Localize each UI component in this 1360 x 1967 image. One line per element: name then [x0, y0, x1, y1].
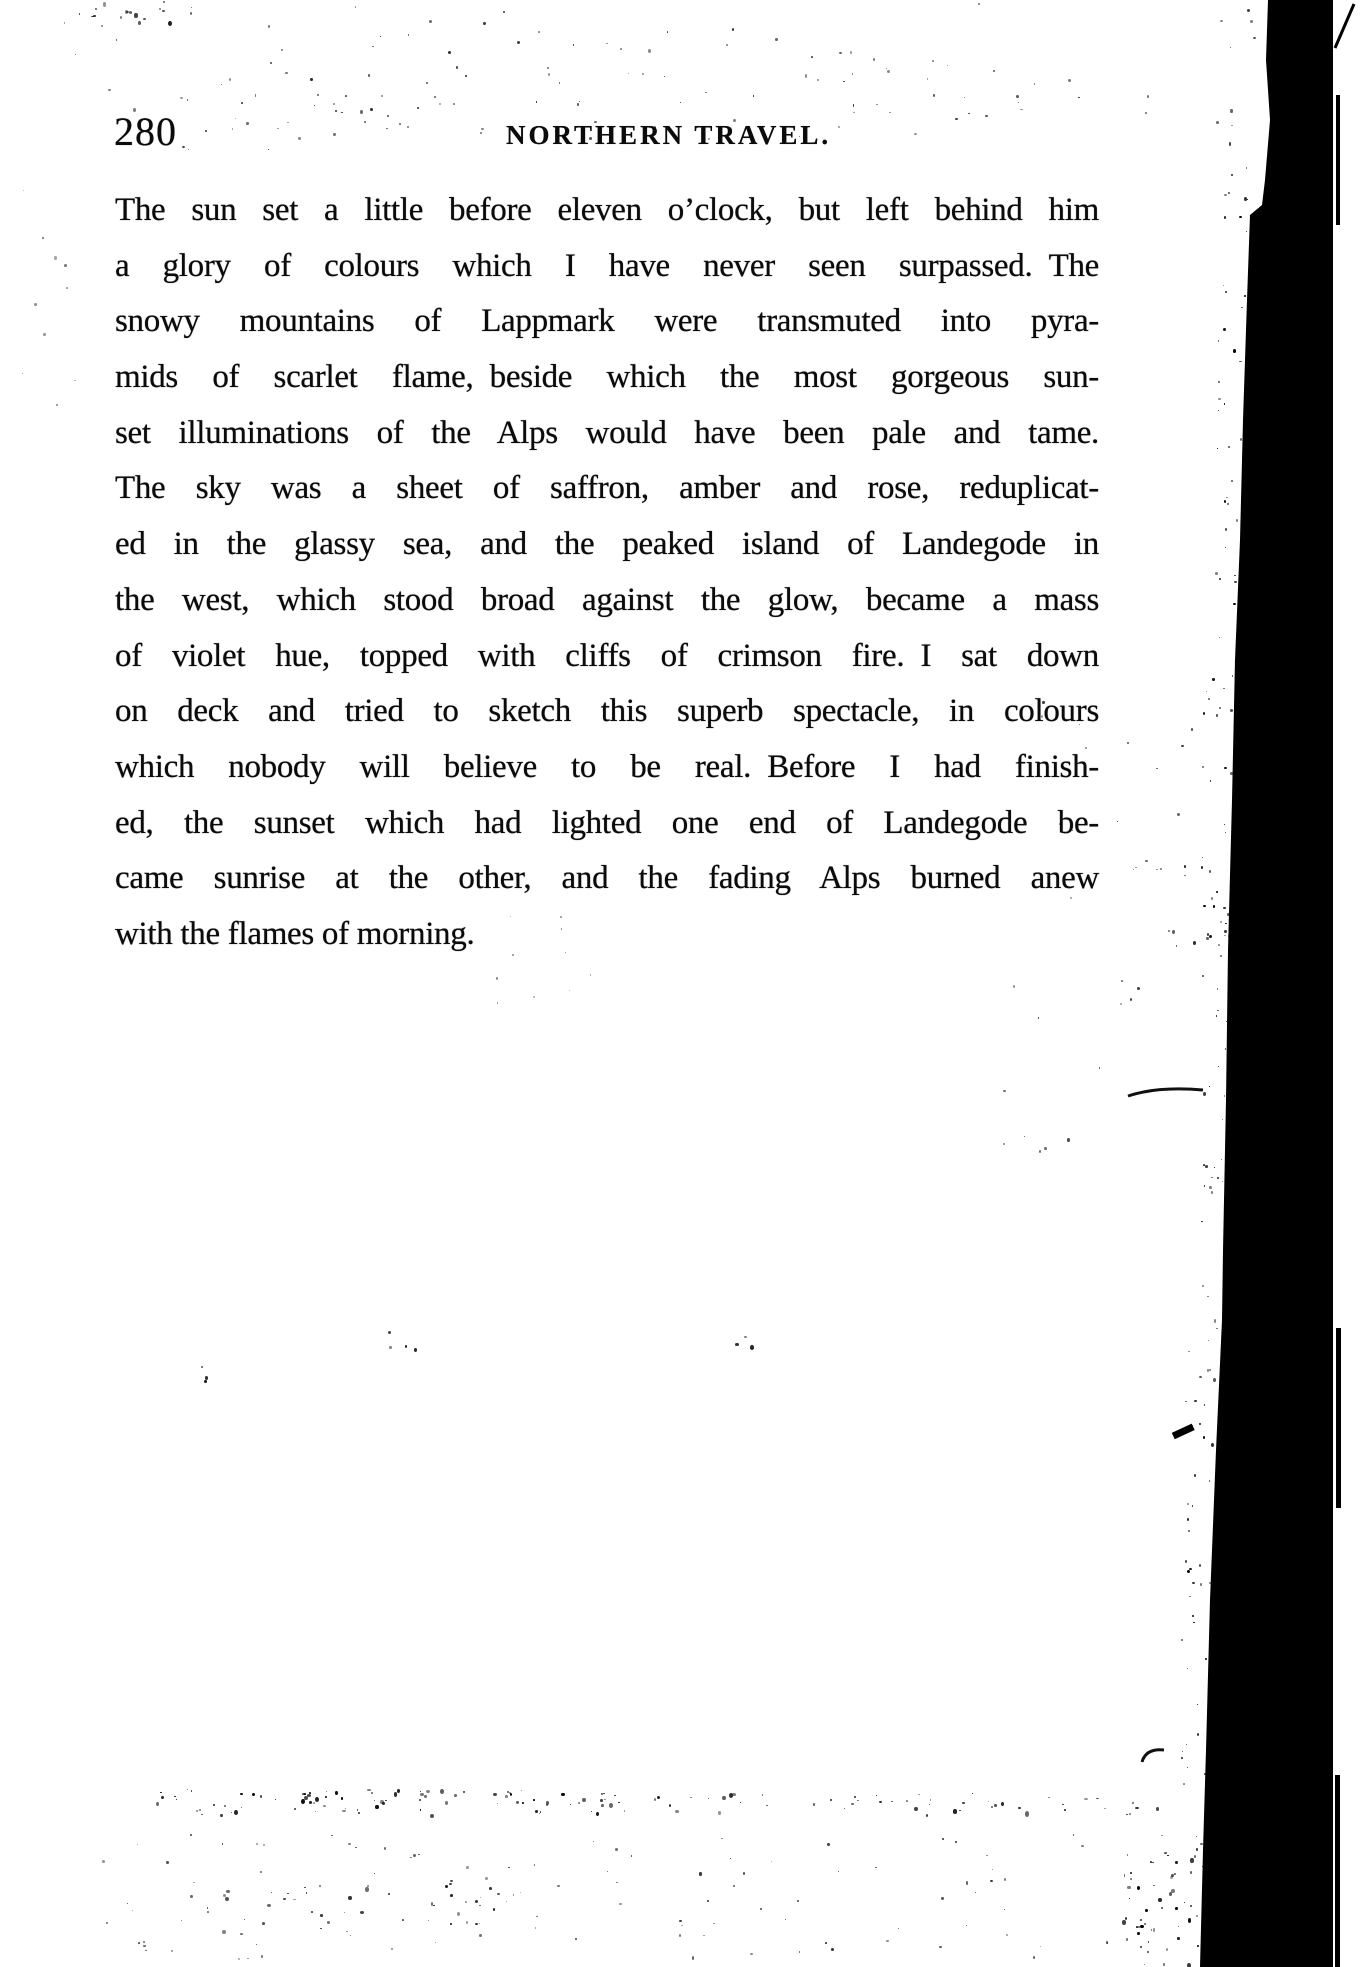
- scan-speck: [538, 31, 541, 33]
- scan-speck: [539, 1813, 540, 1814]
- scan-speck: [1200, 1583, 1202, 1585]
- scan-speck: [43, 333, 46, 336]
- scan-speck: [879, 1801, 882, 1804]
- scan-speck: [201, 1366, 203, 1368]
- scan-speck: [1240, 570, 1243, 573]
- scan-speck: [1020, 109, 1022, 110]
- scan-speck: [187, 1789, 189, 1790]
- scan-speck: [1073, 1834, 1075, 1836]
- scan-speck: [129, 11, 132, 14]
- scan-speck: [331, 1835, 333, 1836]
- scan-speck: [1239, 216, 1242, 218]
- scan-speck: [199, 1809, 201, 1812]
- scan-speck: [1169, 1892, 1172, 1896]
- scan-speck: [1226, 1321, 1229, 1323]
- scan-speck: [844, 1808, 845, 1809]
- scan-speck: [603, 1793, 606, 1795]
- scan-speck: [775, 38, 777, 41]
- scan-speck: [1203, 1436, 1206, 1438]
- scan-speck: [182, 146, 185, 148]
- scan-speck: [417, 107, 419, 110]
- scan-speck: [930, 1799, 932, 1801]
- scan-speck: [1203, 1928, 1206, 1930]
- scan-speck: [252, 1793, 255, 1797]
- scan-speck: [1152, 1862, 1154, 1863]
- scan-speck: [1003, 1090, 1006, 1092]
- scan-speck: [1137, 1932, 1140, 1935]
- scan-speck: [333, 133, 335, 135]
- scan-speck: [345, 1808, 347, 1809]
- scan-speck: [497, 1002, 498, 1004]
- scan-speck: [516, 1801, 519, 1804]
- body-text: The sun set a little before eleven o’clo…: [115, 183, 1099, 963]
- scan-speck: [263, 1844, 265, 1846]
- scan-speck: [1219, 578, 1221, 580]
- scan-speck: [275, 1799, 277, 1800]
- scan-speck: [241, 102, 244, 104]
- scan-speck: [1226, 1929, 1230, 1932]
- scan-speck: [953, 1809, 957, 1813]
- scan-speck: [1188, 1918, 1191, 1922]
- scan-speck: [657, 1796, 660, 1799]
- scan-speck: [1130, 998, 1132, 1001]
- scan-speck: [1145, 112, 1147, 114]
- scan-speck: [1225, 1684, 1227, 1685]
- scan-speck: [196, 1810, 198, 1813]
- scan-speck: [174, 1796, 176, 1798]
- scan-speck: [1127, 1854, 1129, 1856]
- scan-speck: [435, 1942, 436, 1943]
- scan-speck: [489, 1887, 493, 1890]
- scan-speck: [992, 1869, 994, 1871]
- scan-speck: [1164, 1852, 1167, 1854]
- scan-speck: [187, 99, 188, 101]
- scan-speck: [582, 1798, 586, 1802]
- scan-speck: [1215, 1595, 1217, 1598]
- scan-speck: [591, 1811, 593, 1812]
- scan-speck: [1185, 1560, 1188, 1563]
- scan-speck: [1218, 398, 1221, 400]
- scan-speck: [1206, 937, 1208, 940]
- scan-speck: [426, 1790, 430, 1793]
- scan-speck: [898, 1928, 899, 1930]
- scan-speck: [975, 1892, 977, 1893]
- scan-speck: [1206, 691, 1208, 692]
- scan-speck: [681, 1925, 683, 1926]
- scan-speck: [1184, 865, 1187, 868]
- scan-speck: [1232, 1231, 1233, 1232]
- scan-speck: [256, 1843, 258, 1846]
- scan-speck: [191, 7, 193, 8]
- scan-speck: [1209, 1480, 1210, 1482]
- scan-speck: [426, 82, 427, 84]
- scan-speck: [593, 1841, 594, 1842]
- scan-speck: [207, 1907, 209, 1909]
- scan-speck: [22, 373, 23, 374]
- scan-speck: [1233, 1099, 1235, 1101]
- scan-speck: [345, 95, 347, 97]
- scan-speck: [939, 1946, 941, 1948]
- scan-speck: [1217, 448, 1219, 449]
- body-line: on deck and tried to sketch this superb …: [115, 684, 1099, 740]
- scan-speck: [1215, 572, 1218, 574]
- scan-speck: [407, 126, 409, 128]
- scan-speck: [207, 1911, 208, 1913]
- scan-speck: [1230, 772, 1233, 775]
- scan-speck: [1181, 1639, 1183, 1641]
- scan-speck: [134, 13, 137, 17]
- scan-speck: [1225, 1481, 1228, 1483]
- scan-speck: [355, 1847, 356, 1848]
- scan-speck: [1004, 1909, 1005, 1910]
- scan-speck: [1025, 1811, 1029, 1816]
- scan-speck: [1126, 1814, 1128, 1816]
- scan-speck: [1126, 1938, 1128, 1941]
- scan-speck: [1062, 1804, 1064, 1805]
- scan-speck: [440, 1789, 444, 1794]
- scan-speck: [374, 1800, 376, 1802]
- scan-speck: [101, 25, 103, 26]
- scan-speck: [262, 1922, 265, 1925]
- scan-speck: [1171, 1889, 1175, 1893]
- scan-speck: [1137, 987, 1140, 990]
- scan-speck: [1246, 167, 1248, 169]
- scan-speck: [1218, 1835, 1220, 1836]
- scan-speck: [365, 1887, 369, 1891]
- scan-speck: [1224, 403, 1225, 404]
- scan-speck: [268, 25, 270, 28]
- scan-speck: [600, 1799, 603, 1803]
- scan-speck: [1147, 1951, 1149, 1953]
- scan-speck: [281, 49, 283, 51]
- scan-speck: [260, 1795, 263, 1798]
- scan-speck: [1237, 846, 1239, 847]
- scan-speck: [1187, 1963, 1191, 1967]
- scan-speck: [399, 123, 401, 125]
- scan-speck: [171, 1950, 173, 1952]
- body-line: ed in the glassy sea, and the peaked isl…: [115, 517, 1099, 573]
- scan-speck: [1085, 747, 1086, 749]
- scan-speck: [247, 1958, 249, 1959]
- scan-speck: [341, 112, 342, 114]
- scan-speck: [235, 118, 236, 119]
- scan-speck: [293, 1899, 295, 1901]
- scan-speck: [180, 97, 183, 100]
- scan-speck: [1132, 1802, 1134, 1804]
- scan-speck: [133, 108, 136, 112]
- scan-speck: [1220, 921, 1222, 923]
- scan-speck: [1153, 1928, 1156, 1931]
- scan-speck: [1156, 1807, 1160, 1811]
- scan-speck: [1237, 1084, 1239, 1086]
- scan-speck: [310, 78, 313, 82]
- scan-speck: [1216, 1662, 1219, 1665]
- scan-speck: [145, 1950, 147, 1951]
- scan-speck: [535, 1927, 536, 1929]
- scan-speck: [964, 97, 965, 98]
- scan-speck: [457, 1912, 461, 1917]
- scan-speck: [839, 52, 842, 54]
- scan-speck: [143, 1945, 145, 1947]
- scan-speck: [838, 126, 840, 128]
- scan-speck: [1196, 1915, 1198, 1917]
- scan-speck: [298, 137, 301, 140]
- scan-speck: [333, 103, 335, 105]
- scan-speck: [410, 1857, 412, 1858]
- scan-speck: [1158, 1898, 1161, 1901]
- scan-speck: [355, 6, 356, 7]
- scan-speck: [75, 54, 76, 55]
- scan-speck: [1239, 1136, 1242, 1140]
- scan-speck: [402, 1919, 404, 1921]
- scan-speck: [1178, 1926, 1179, 1927]
- scan-speck: [1230, 109, 1232, 112]
- scan-speck: [389, 1346, 392, 1348]
- scan-speck: [1193, 941, 1196, 945]
- scan-speck: [926, 1814, 929, 1817]
- scan-speck: [1218, 944, 1220, 946]
- scan-speck: [876, 104, 878, 106]
- scan-speck: [740, 1802, 741, 1803]
- scan-speck: [978, 3, 980, 5]
- scan-speck: [221, 84, 222, 85]
- scan-speck: [1224, 767, 1226, 769]
- scan-speck: [386, 128, 388, 129]
- scan-speck: [225, 1897, 229, 1901]
- scan-speck: [721, 1838, 724, 1840]
- scan-speck: [1244, 197, 1247, 201]
- scan-speck: [1210, 1899, 1213, 1903]
- scan-speck: [348, 1896, 351, 1900]
- scan-speck: [439, 103, 441, 105]
- scan-speck: [785, 1919, 786, 1920]
- scan-speck: [190, 12, 192, 14]
- scan-speck: [508, 1867, 509, 1868]
- scan-speck: [1236, 519, 1238, 522]
- scan-speck: [850, 51, 852, 53]
- scan-speck: [732, 1793, 736, 1796]
- scan-speck: [1182, 1751, 1183, 1752]
- scan-speck: [497, 1803, 499, 1804]
- scan-speck: [1168, 930, 1170, 933]
- scan-speck: [191, 1790, 192, 1792]
- scan-speck: [1099, 1067, 1101, 1068]
- scan-speck: [1125, 1917, 1127, 1920]
- scan-speck: [797, 1900, 799, 1902]
- scan-speck: [1225, 1262, 1227, 1264]
- scan-speck: [1201, 866, 1203, 869]
- scan-speck: [270, 62, 272, 64]
- body-line: which nobody will believe to be real. Be…: [115, 740, 1099, 796]
- scan-speck: [313, 1802, 315, 1804]
- scan-speck: [364, 121, 366, 123]
- scan-speck: [1184, 875, 1186, 876]
- scan-speck: [1238, 1287, 1240, 1289]
- scan-speck: [375, 1805, 378, 1809]
- edge-thin-line: [1336, 95, 1340, 225]
- scan-speck: [1216, 891, 1218, 892]
- scan-speck: [319, 1885, 321, 1886]
- scan-speck: [513, 1894, 514, 1896]
- scan-speck: [357, 1809, 358, 1810]
- scan-speck: [304, 1793, 306, 1795]
- scan-speck: [1067, 1138, 1070, 1142]
- scan-speck: [485, 1877, 488, 1880]
- scan-speck: [1194, 1400, 1197, 1403]
- scan-speck: [713, 1923, 715, 1924]
- scan-speck: [1181, 745, 1184, 748]
- scan-speck: [1225, 1887, 1227, 1889]
- scan-speck: [448, 51, 451, 54]
- scan-speck: [827, 1843, 830, 1846]
- scan-speck: [1044, 1147, 1047, 1150]
- scan-speck: [1218, 1550, 1219, 1552]
- scan-speck: [1224, 1456, 1227, 1460]
- scan-speck: [1130, 1878, 1132, 1880]
- scan-speck: [1209, 935, 1212, 938]
- scan-speck: [642, 73, 644, 75]
- scan-speck: [517, 41, 520, 44]
- scan-speck: [466, 1921, 469, 1924]
- scan-speck: [241, 1807, 242, 1808]
- scan-speck: [479, 1923, 480, 1924]
- edge-thin-line: [1336, 1328, 1341, 1508]
- scan-speck: [1247, 199, 1248, 200]
- scan-speck: [1203, 1092, 1206, 1096]
- scan-speck: [679, 1920, 681, 1922]
- scan-speck: [1187, 1570, 1190, 1573]
- scan-speck: [1226, 497, 1228, 498]
- scan-speck: [1197, 1945, 1199, 1947]
- scan-speck: [405, 1345, 408, 1348]
- scan-speck: [1238, 1205, 1240, 1207]
- scan-speck: [445, 1885, 448, 1888]
- scan-speck: [220, 1814, 223, 1818]
- scan-speck: [1250, 20, 1253, 23]
- scan-speck: [463, 1791, 466, 1793]
- scan-speck: [1218, 410, 1219, 411]
- scan-speck: [1124, 1874, 1126, 1876]
- scan-speck: [380, 1800, 384, 1804]
- scan-speck: [450, 1894, 453, 1897]
- scan-speck: [408, 34, 409, 35]
- scan-speck: [483, 22, 486, 25]
- scan-speck: [1176, 945, 1177, 946]
- scan-speck: [213, 1804, 215, 1806]
- scan-speck: [966, 1925, 967, 1926]
- scan-speck: [1202, 1957, 1203, 1959]
- scan-speck: [619, 1903, 622, 1906]
- scan-speck: [988, 1801, 990, 1803]
- scan-speck: [1239, 969, 1241, 970]
- scan-speck: [1233, 603, 1235, 605]
- scan-speck: [66, 287, 68, 289]
- running-head: NORTHERN TRAVEL.: [506, 120, 831, 151]
- scan-speck: [256, 1944, 257, 1945]
- scan-speck: [493, 1793, 497, 1796]
- scan-speck: [699, 1872, 702, 1875]
- scan-speck: [397, 1789, 400, 1793]
- scan-speck: [1228, 1763, 1230, 1765]
- scan-speck: [968, 113, 969, 114]
- scan-speck: [1222, 1181, 1223, 1182]
- scan-speck: [1213, 1855, 1216, 1857]
- scan-speck: [1227, 503, 1229, 504]
- scan-speck: [1018, 102, 1019, 103]
- scan-speck: [760, 1908, 762, 1910]
- scan-speck: [1001, 1802, 1004, 1806]
- scan-speck: [380, 36, 381, 37]
- scan-speck: [927, 78, 928, 80]
- scan-speck: [1213, 1702, 1214, 1703]
- body-line: set illuminations of the Alps would have…: [115, 406, 1099, 462]
- scan-speck: [23, 190, 25, 191]
- scan-speck: [493, 1908, 496, 1911]
- scan-speck: [1223, 907, 1226, 910]
- scan-speck: [1187, 1767, 1188, 1768]
- scan-speck: [1239, 1083, 1242, 1085]
- scan-speck: [193, 1882, 195, 1883]
- scan-speck: [1211, 1773, 1214, 1775]
- scan-speck: [831, 1948, 834, 1951]
- scan-speck: [1204, 1404, 1206, 1406]
- scan-speck: [942, 1838, 944, 1840]
- scan-speck: [156, 1802, 159, 1806]
- scan-speck: [557, 1885, 559, 1887]
- scan-speck: [449, 1883, 451, 1885]
- scan-speck: [708, 1798, 709, 1800]
- scan-speck: [852, 73, 853, 75]
- scan-speck: [348, 1843, 351, 1845]
- scan-speck: [1215, 1902, 1217, 1903]
- scan-speck: [906, 1800, 908, 1802]
- scan-speck: [1224, 930, 1227, 934]
- scan-speck: [1218, 1066, 1219, 1067]
- scan-speck: [732, 28, 734, 31]
- scan-speck: [1197, 1733, 1199, 1736]
- scan-speck: [1223, 1777, 1225, 1779]
- scan-speck: [575, 1938, 576, 1940]
- scan-speck: [590, 974, 591, 975]
- scan-speck: [414, 1348, 417, 1351]
- scan-speck: [56, 404, 58, 406]
- scan-speck: [304, 1796, 308, 1800]
- scan-speck: [335, 110, 337, 112]
- scan-speck: [108, 89, 111, 91]
- scan-speck: [1224, 500, 1226, 502]
- scan-speck: [342, 1810, 346, 1812]
- scan-speck: [1230, 1152, 1233, 1155]
- scan-speck: [1191, 1425, 1193, 1427]
- scan-speck: [941, 1897, 943, 1899]
- scan-speck: [261, 1955, 263, 1958]
- scan-speck: [679, 1934, 681, 1937]
- scan-speck: [1212, 1825, 1213, 1826]
- body-line: The sky was a sheet of saffron, amber an…: [115, 461, 1099, 517]
- scan-speck: [1204, 1773, 1206, 1775]
- scan-speck: [601, 1804, 605, 1808]
- scan-speck: [1217, 1809, 1218, 1810]
- scan-speck: [559, 82, 561, 84]
- scan-speck: [1228, 446, 1230, 448]
- scan-speck: [323, 1805, 326, 1807]
- scan-speck: [1225, 1048, 1226, 1049]
- scan-speck: [618, 1802, 620, 1804]
- scan-speck: [283, 1898, 285, 1900]
- scan-speck: [1214, 1167, 1216, 1168]
- scan-speck: [1227, 1841, 1229, 1844]
- scan-speck: [1140, 1925, 1144, 1928]
